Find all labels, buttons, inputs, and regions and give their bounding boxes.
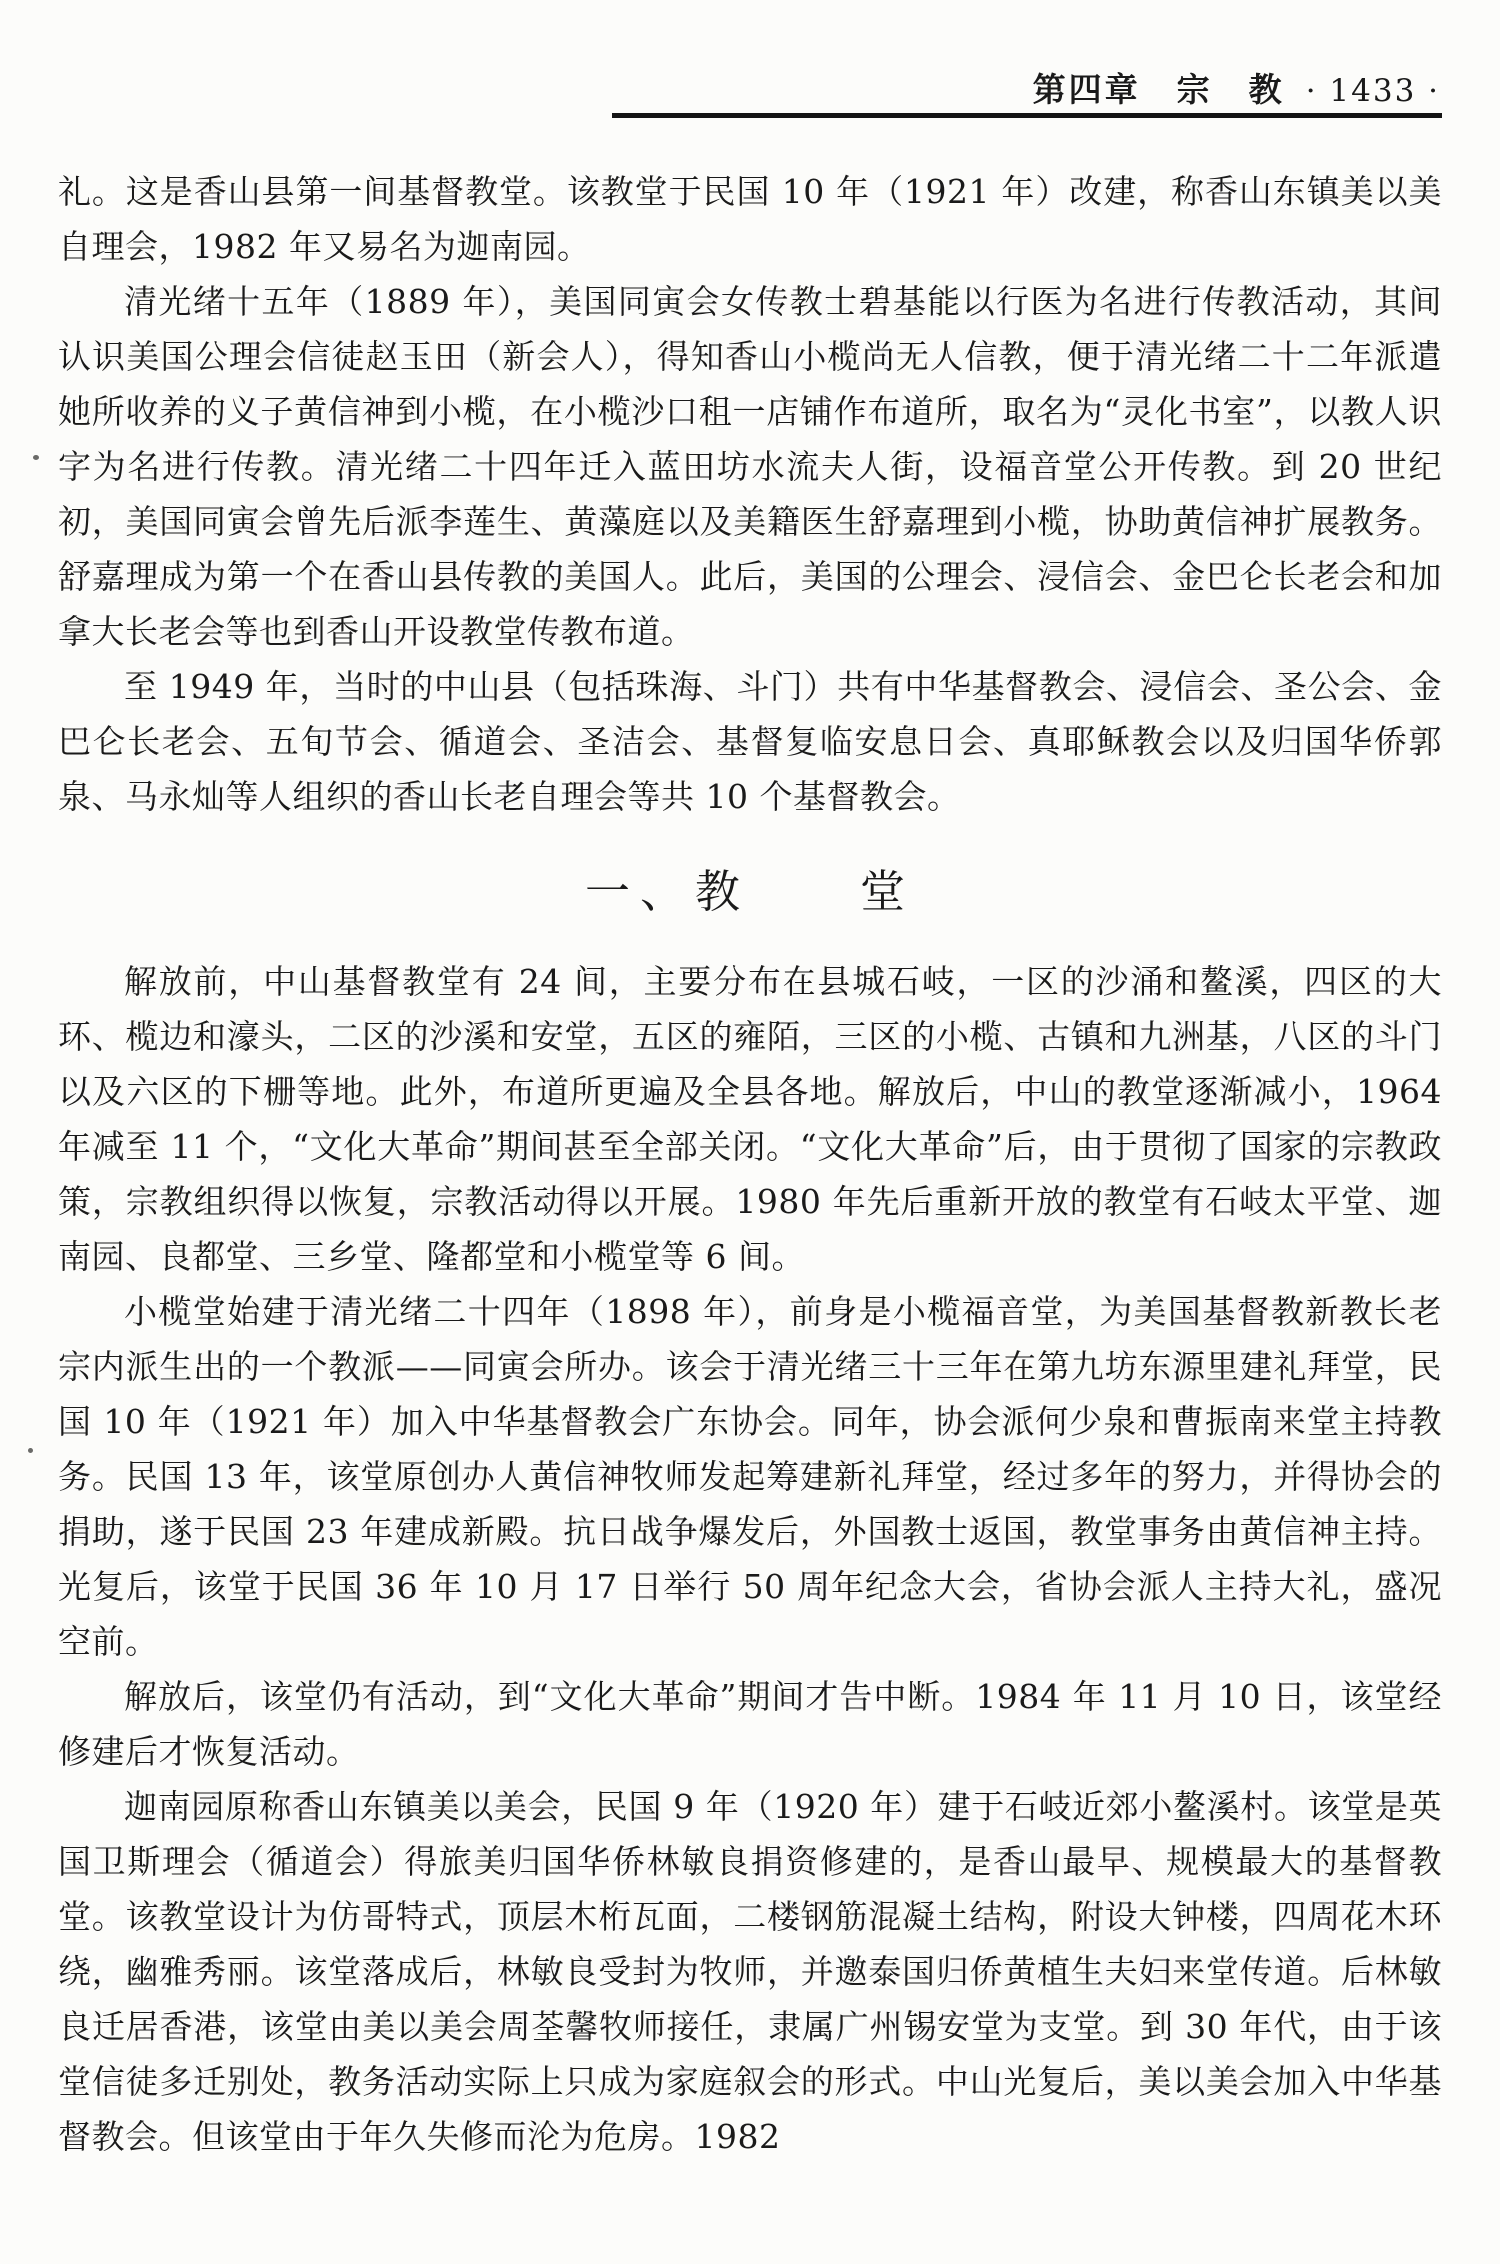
- book-page: 第四章 宗 教 · 1433 · 礼。这是香山县第一间基督教堂。该教堂于民国 1…: [0, 0, 1500, 2264]
- running-head-page-number: · 1433 ·: [1306, 73, 1440, 109]
- page-body: 礼。这是香山县第一间基督教堂。该教堂于民国 10 年（1921 年）改建，称香山…: [58, 164, 1442, 2164]
- paragraph: 解放后，该堂仍有活动，到“文化大革命”期间才告中断。1984 年 11 月 10…: [58, 1669, 1442, 1779]
- paragraph: 迦南园原称香山东镇美以美会，民国 9 年（1920 年）建于石岐近郊小鳌溪村。该…: [58, 1779, 1442, 2164]
- running-head-chapter-title: 第四章 宗 教: [1033, 70, 1285, 109]
- scan-artifact: [33, 455, 39, 460]
- paragraph-continuation: 礼。这是香山县第一间基督教堂。该教堂于民国 10 年（1921 年）改建，称香山…: [58, 164, 1442, 274]
- section-heading: 一、教 堂: [58, 862, 1442, 922]
- paragraph: 解放前，中山基督教堂有 24 间，主要分布在县城石岐，一区的沙涌和鳌溪，四区的大…: [58, 954, 1442, 1284]
- running-head: 第四章 宗 教 · 1433 ·: [1033, 70, 1440, 116]
- paragraph: 至 1949 年，当时的中山县（包括珠海、斗门）共有中华基督教会、浸信会、圣公会…: [58, 659, 1442, 824]
- scan-artifact: [28, 1448, 33, 1453]
- header-rule: [612, 113, 1442, 118]
- paragraph: 小榄堂始建于清光绪二十四年（1898 年），前身是小榄福音堂，为美国基督教新教长…: [58, 1284, 1442, 1669]
- paragraph: 清光绪十五年（1889 年），美国同寅会女传教士碧基能以行医为名进行传教活动，其…: [58, 274, 1442, 659]
